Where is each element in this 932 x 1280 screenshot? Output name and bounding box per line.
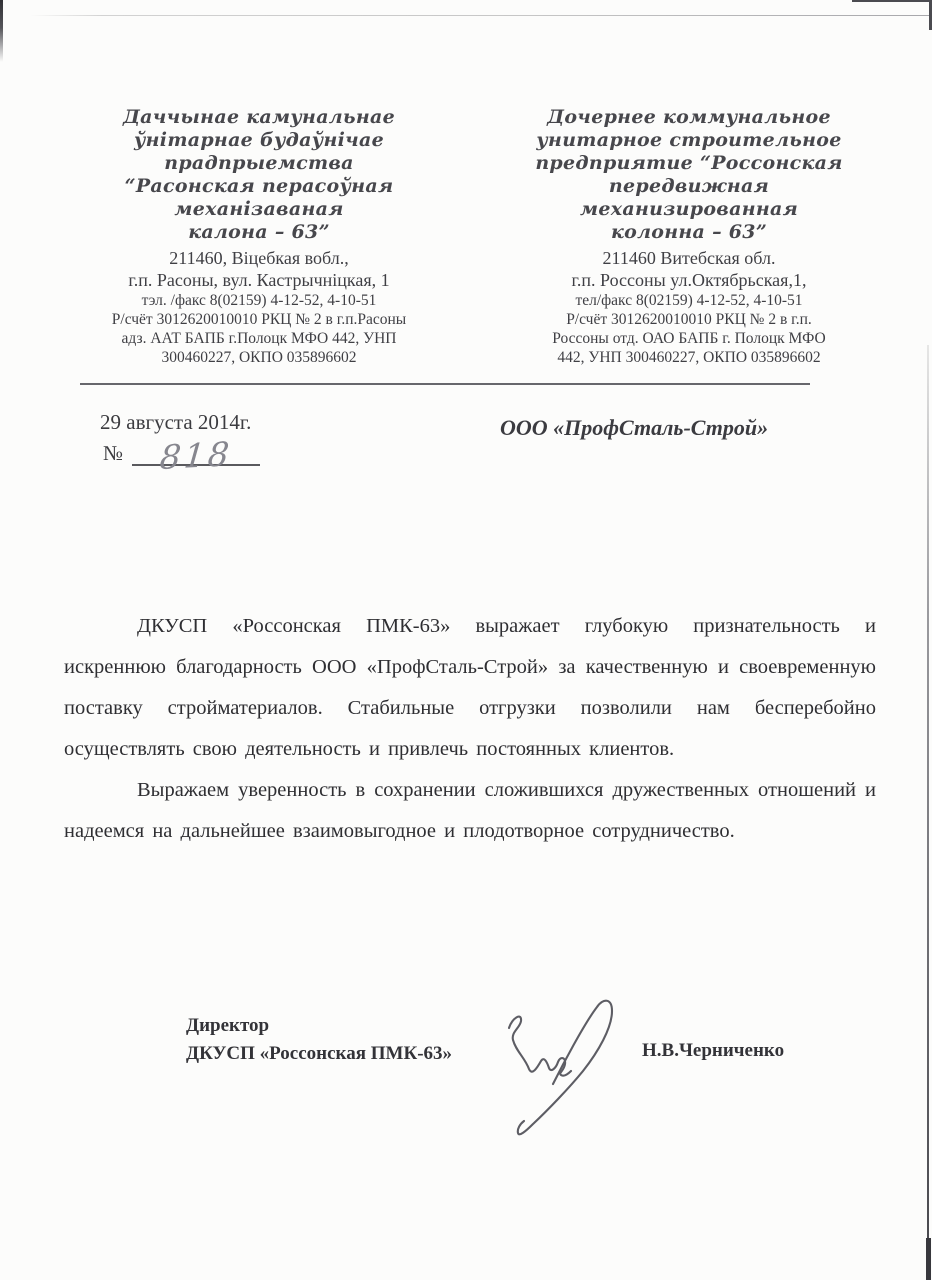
number-sign-label: №: [103, 441, 123, 465]
address-line: Россоны отд. ОАО БАПБ г. Полоцк МФО: [486, 329, 892, 348]
signer-name: Н.В.Черниченко: [642, 1040, 784, 1062]
letter-number: №818: [103, 440, 260, 466]
address-line: тел/факс 8(02159) 4-12-52, 4-10-51: [486, 291, 892, 310]
address-line: 300460227, ОКПО 035896602: [58, 348, 460, 367]
address-line: г.п. Россоны ул.Октябрьская,1,: [486, 269, 892, 291]
org-name-line: Даччынае камунальнае: [58, 106, 460, 129]
signer-title-line: ДКУСП «Россонская ПМК-63»: [186, 1040, 452, 1068]
address-line: тэл. /факс 8(02159) 4-12-52, 4-10-51: [58, 291, 460, 310]
address-line: адз. ААТ БАПБ г.Полоцк МФО 442, УНП: [58, 329, 460, 348]
letterhead-right-column: Дочернее коммунальное унитарное строител…: [486, 106, 892, 367]
scanned-letter-page: Даччынае камунальнае ўнітарнае будаўніча…: [0, 0, 932, 1280]
scan-artifact-right-edge-line: [927, 345, 929, 1240]
org-name-line: ўнітарнае будаўнічае: [58, 129, 460, 152]
handwritten-number: 818: [158, 434, 233, 477]
org-name-line: калона – 63”: [58, 221, 460, 244]
letter-body: ДКУСП «Россонская ПМК-63» выражает глубо…: [64, 606, 876, 852]
org-address-russian: 211460 Витебская обл. г.п. Россоны ул.Ок…: [486, 247, 892, 367]
org-name-line: прадпрыемства: [58, 152, 460, 175]
org-name-line: механизированная: [486, 198, 892, 221]
org-address-belarusian: 211460, Віцебкая вобл., г.п. Расоны, вул…: [58, 247, 460, 367]
org-name-line: механізаваная: [58, 198, 460, 221]
signer-title-line: Директор: [186, 1012, 452, 1040]
body-paragraph: ДКУСП «Россонская ПМК-63» выражает глубо…: [64, 606, 876, 770]
address-line: 211460 Витебская обл.: [486, 247, 892, 269]
org-name-line: предприятие “Россонская: [486, 152, 892, 175]
body-paragraph: Выражаем уверенность в сохранении сложив…: [64, 770, 876, 852]
scan-artifact-bottom-right-bar: [926, 1238, 931, 1280]
address-line: Р/счёт 3012620010010 РКЦ № 2 в г.п.: [486, 310, 892, 329]
recipient-name: ООО «ПрофСталь-Строй»: [500, 415, 768, 441]
scan-artifact-top-hairline: [30, 15, 932, 16]
letterhead-divider: [80, 383, 810, 385]
address-line: 442, УНП 300460227, ОКПО 035896602: [486, 348, 892, 367]
letterhead-left-column: Даччынае камунальнае ўнітарнае будаўніча…: [58, 106, 460, 367]
org-name-line: “Расонская перасоўная: [58, 175, 460, 198]
number-underline: 818: [132, 440, 260, 466]
scan-artifact-left-edge: [0, 0, 3, 62]
org-name-line: унитарное строительное: [486, 129, 892, 152]
address-line: г.п. Расоны, вул. Кастрычніцкая, 1: [58, 269, 460, 291]
org-name-line: Дочернее коммунальное: [486, 106, 892, 129]
address-line: 211460, Віцебкая вобл.,: [58, 247, 460, 269]
org-name-belarusian: Даччынае камунальнае ўнітарнае будаўніча…: [58, 106, 460, 244]
org-name-russian: Дочернее коммунальное унитарное строител…: [486, 106, 892, 244]
address-line: Р/счёт 3012620010010 РКЦ № 2 в г.п.Расон…: [58, 310, 460, 329]
org-name-line: колонна – 63”: [486, 221, 892, 244]
signer-title: Директор ДКУСП «Россонская ПМК-63»: [186, 1012, 452, 1068]
org-name-line: передвижная: [486, 175, 892, 198]
letter-date: 29 августа 2014г.: [100, 410, 251, 435]
handwritten-signature: [500, 994, 622, 1142]
scan-artifact-top-edge: [852, 0, 932, 2]
